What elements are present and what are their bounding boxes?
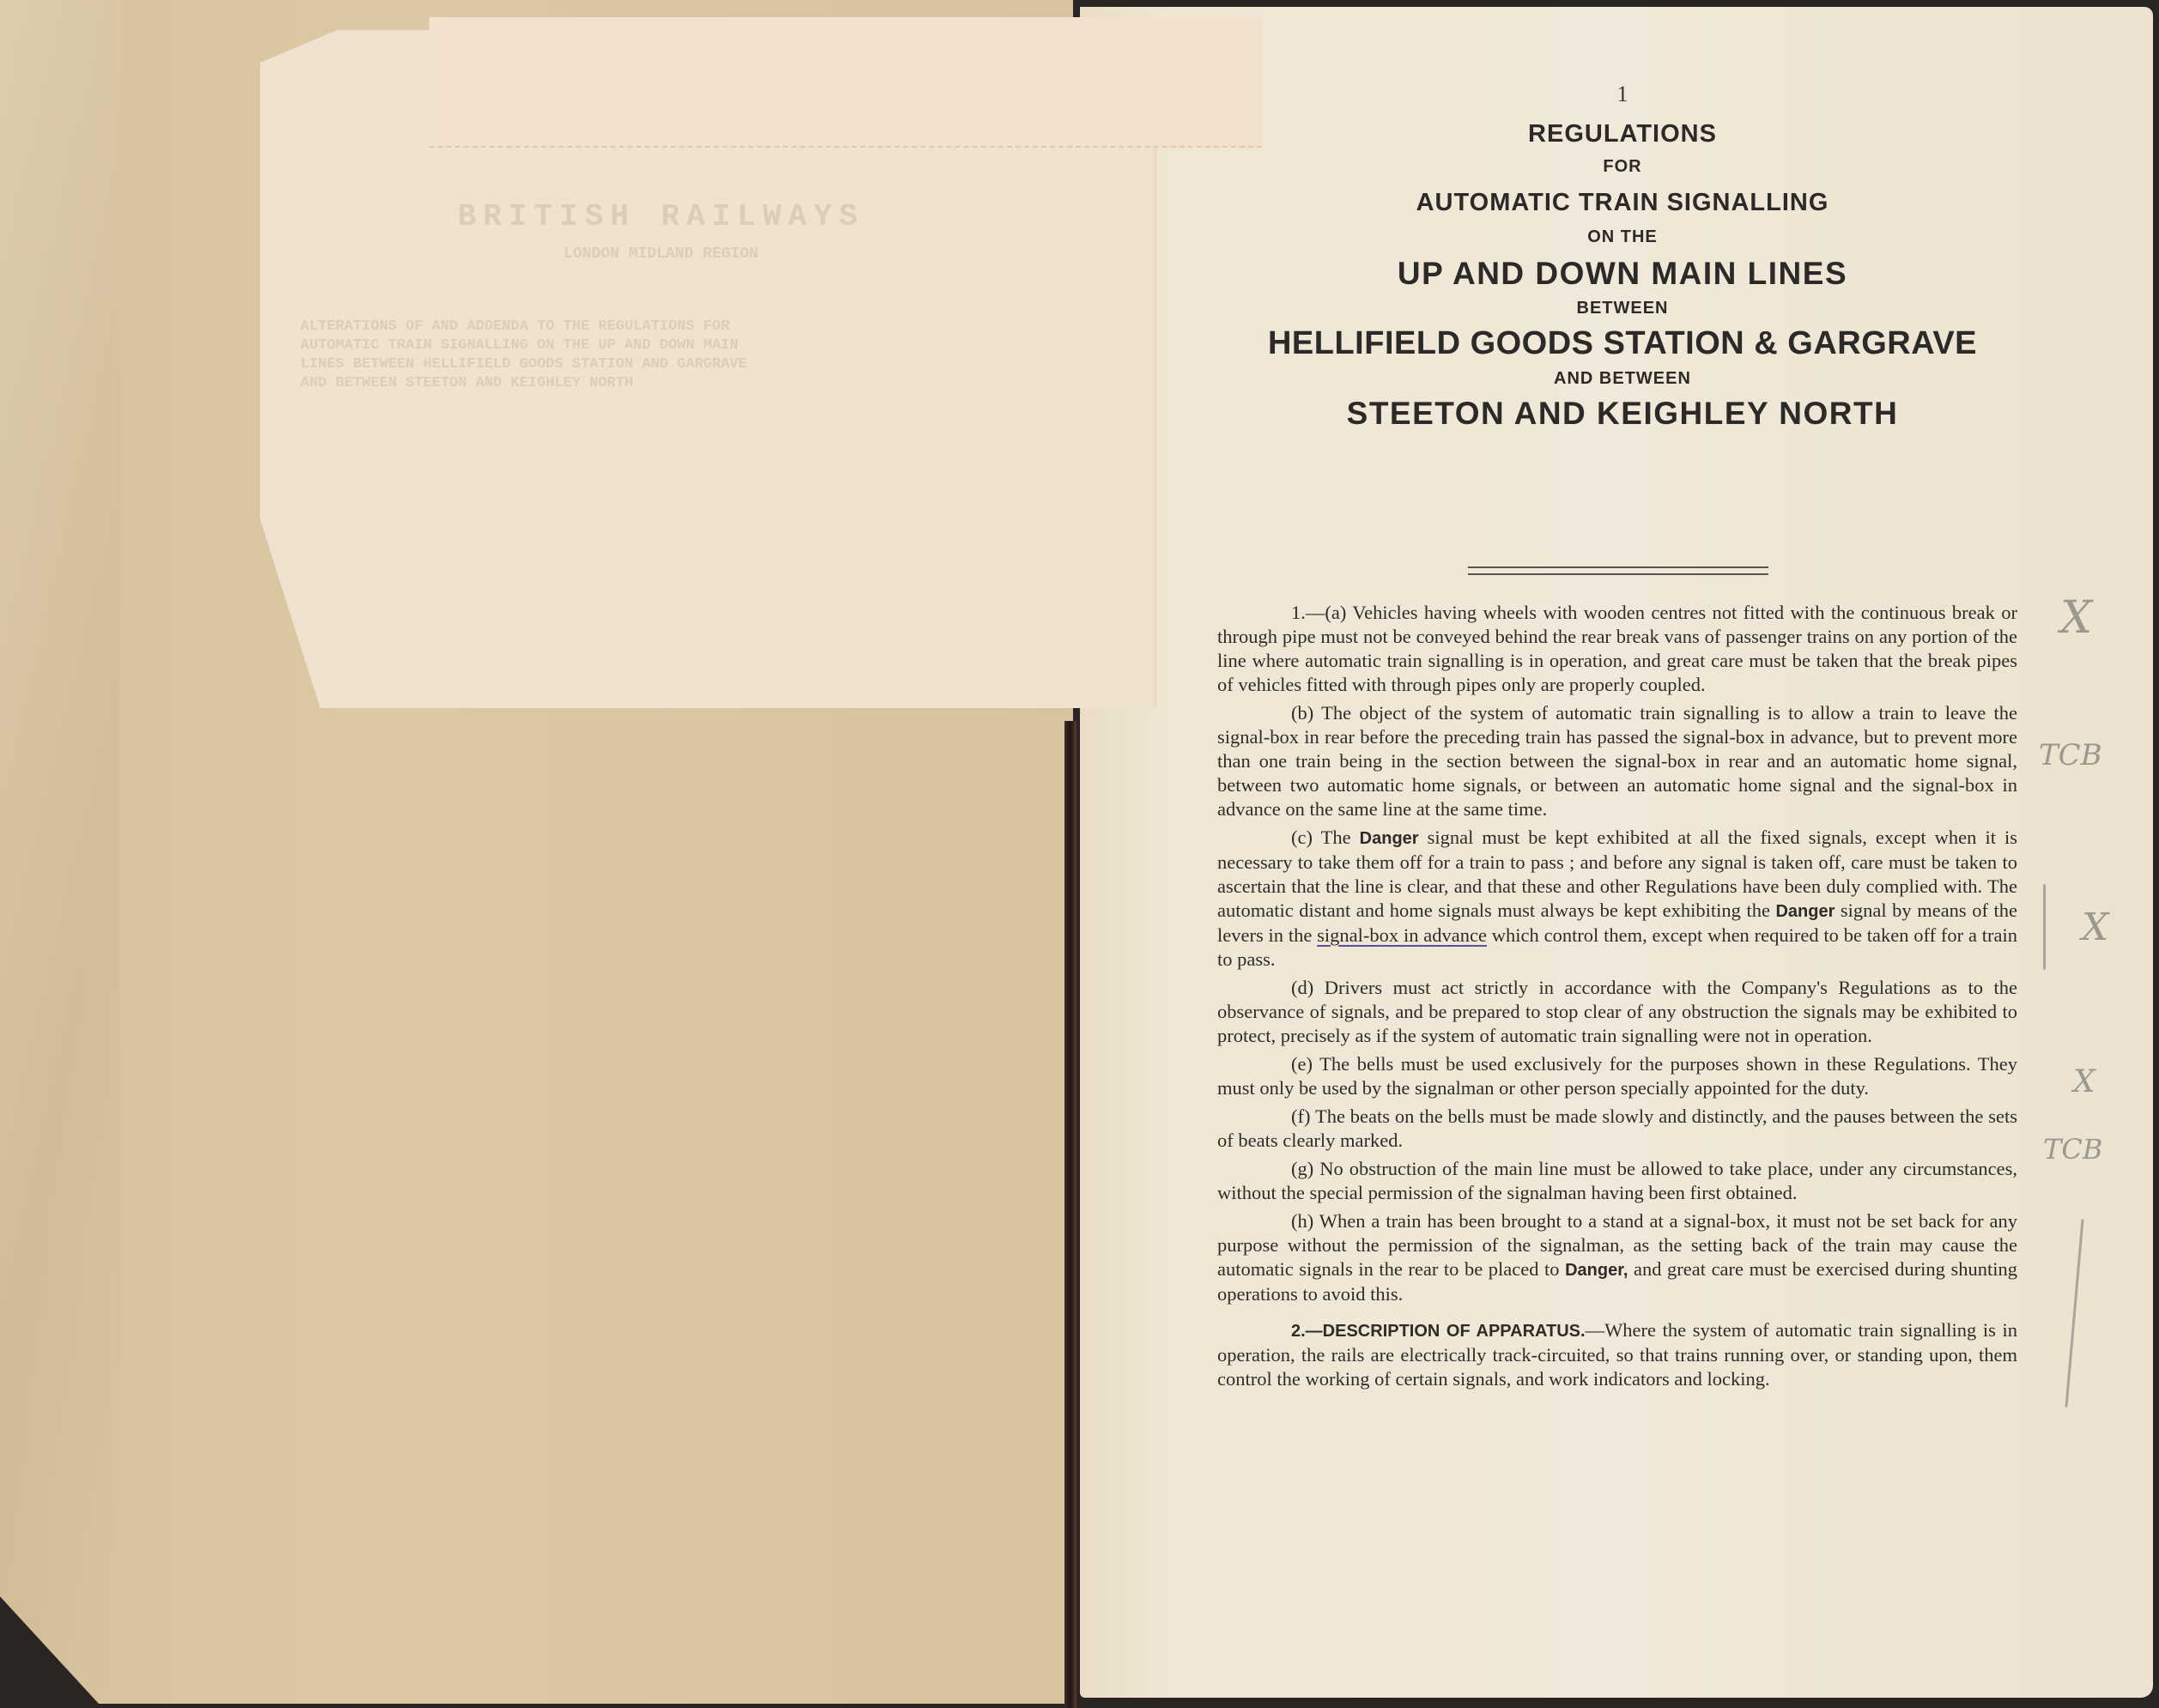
regulation-2: 2.—DESCRIPTION OF APPARATUS.—Where the s… (1217, 1318, 2017, 1391)
regulations-body: 1.—(a) Vehicles having wheels with woode… (1217, 601, 2017, 1396)
slip-showthrough-subtitle: LONDON MIDLAND REGION (378, 245, 944, 264)
slip-showthrough-title: BRITISH RAILWAYS (369, 197, 953, 238)
title-line: BETWEEN (1210, 299, 2035, 318)
slip-showthrough-body: ALTERATIONS OF AND ADDENDA TO THE REGULA… (300, 318, 1142, 393)
regulation-1a: 1.—(a) Vehicles having wheels with woode… (1217, 601, 2017, 697)
pencil-mark: X (2082, 905, 2108, 949)
slip-paste-tab (429, 17, 1262, 148)
title-line: AND BETWEEN (1210, 369, 2035, 389)
regulation-1d: (d) Drivers must act strictly in accorda… (1217, 976, 2017, 1048)
ink-underlined-phrase: signal-box in advance (1317, 924, 1487, 946)
section-heading: 2.—DESCRIPTION OF APPARATUS. (1291, 1322, 1586, 1341)
pencil-mark: X (2060, 592, 2092, 644)
regulation-1b: (b) The object of the system of automati… (1217, 701, 2017, 821)
title-line: HELLIFIELD GOODS STATION & GARGRAVE (1210, 325, 2035, 362)
regulation-1f: (f) The beats on the bells must be made … (1217, 1105, 2017, 1153)
regulation-1e: (e) The bells must be used exclusively f… (1217, 1052, 2017, 1100)
pencil-mark: TCB (2043, 1133, 2102, 1166)
title-line: STEETON AND KEIGHLEY NORTH (1210, 396, 2035, 432)
pencil-mark: X (2073, 1064, 2095, 1099)
cover-fold-crease (0, 0, 120, 1704)
pencil-margin-bar (2043, 884, 2046, 970)
title-line: FOR (1210, 157, 2035, 177)
title-line: UP AND DOWN MAIN LINES (1210, 256, 2035, 292)
book-spine (1064, 721, 1076, 1708)
bold-term-danger: Danger (1360, 829, 1419, 848)
title-line: AUTOMATIC TRAIN SIGNALLING (1210, 189, 2035, 217)
regulation-1h: (h) When a train has been brought to a s… (1217, 1209, 2017, 1306)
regulation-1g: (g) No obstruction of the main line must… (1217, 1157, 2017, 1205)
title-line: REGULATIONS (1210, 120, 2035, 148)
bold-term-danger: Danger (1775, 902, 1835, 921)
title-divider-rule (1468, 566, 1768, 575)
title-line: ON THE (1210, 227, 2035, 247)
text-run: (c) The (1291, 827, 1360, 848)
regulation-1c: (c) The Danger signal must be kept exhib… (1217, 826, 2017, 972)
bold-term-danger: Danger, (1565, 1261, 1628, 1280)
pencil-mark: TCB (2039, 738, 2102, 772)
document-title: REGULATIONS FOR AUTOMATIC TRAIN SIGNALLI… (1210, 120, 2035, 432)
page-number: 1 (1605, 82, 1640, 107)
